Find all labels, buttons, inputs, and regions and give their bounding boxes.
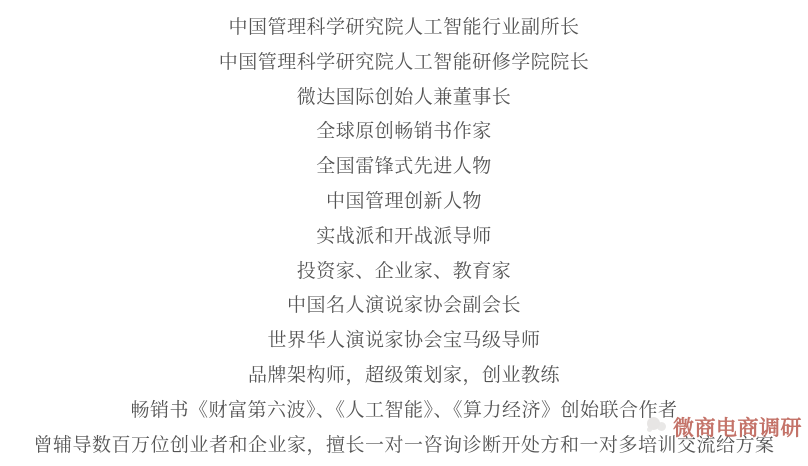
bio-line: 中国名人演说家协会副会长: [0, 289, 808, 324]
bio-line: 中国管理科学研究院人工智能研修学院院长: [0, 46, 808, 81]
bio-line: 全国雷锋式先进人物: [0, 150, 808, 185]
article-page: 中国管理科学研究院人工智能行业副所长 中国管理科学研究院人工智能研修学院院长 微…: [0, 0, 808, 466]
bio-line: 微达国际创始人兼董事长: [0, 81, 808, 116]
bio-line: 畅销书《财富第六波》、《人工智能》、《算力经济》创始联合作者: [0, 394, 808, 429]
bio-line: 中国管理科学研究院人工智能行业副所长: [0, 11, 808, 46]
bio-line: 曾辅导数百万位创业者和企业家，擅长一对一咨询诊断开处方和一对多培训交流给方案: [0, 429, 808, 464]
bio-line: 全球原创畅销书作家: [0, 115, 808, 150]
bio-line: 品牌架构师，超级策划家，创业教练: [0, 359, 808, 394]
bio-line: 中国管理创新人物: [0, 185, 808, 220]
bio-line: 实战派和开战派导师: [0, 220, 808, 255]
bio-line: 投资家、企业家、教育家: [0, 255, 808, 290]
bio-title-list: 中国管理科学研究院人工智能行业副所长 中国管理科学研究院人工智能研修学院院长 微…: [0, 0, 808, 463]
bio-line: 世界华人演说家协会宝马级导师: [0, 324, 808, 359]
